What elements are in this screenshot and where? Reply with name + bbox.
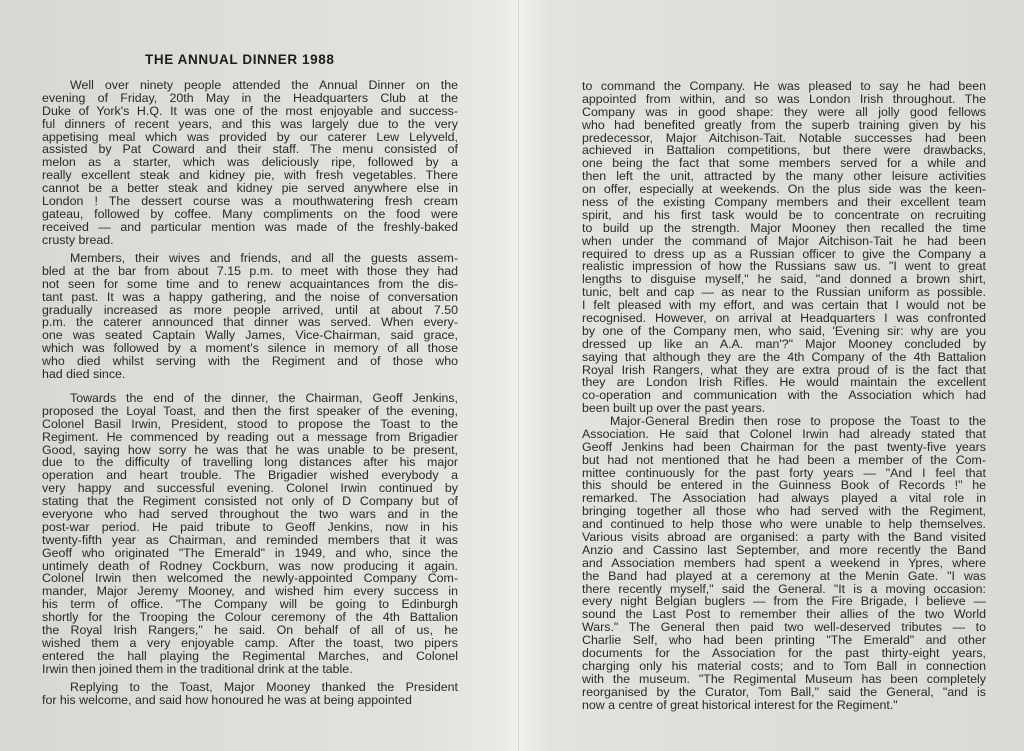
- text-line: proposed the Loyal Toast, and then the f…: [42, 405, 458, 418]
- text-line: ful dinners of recent years, and this wa…: [42, 118, 458, 131]
- text-line: Geoff who originated "The Emerald" in 19…: [42, 547, 458, 560]
- text-line: recognised. However, on arrival at Headq…: [582, 312, 986, 325]
- text-line: who had benefited greatly from the super…: [582, 119, 986, 132]
- text-line: post-war period. He paid tribute to Geof…: [42, 521, 458, 534]
- text-line: received — and particular mention was ma…: [42, 221, 458, 234]
- paragraph-4: Replying to the Toast, Major Mooney than…: [42, 681, 458, 707]
- text-line: wished them a very enjoyable camp. After…: [42, 637, 458, 650]
- text-line: Duke of York's H.Q. It was one of the mo…: [42, 105, 458, 118]
- text-line: crusty bread.: [42, 234, 458, 247]
- text-line: when under the command of Major Aitchiso…: [582, 235, 986, 248]
- text-line: Members, their wives and friends, and al…: [42, 252, 458, 265]
- text-line: Regiment. He commenced by reading out a …: [42, 431, 458, 444]
- text-line: spirit, and his first task would be to c…: [582, 209, 986, 222]
- text-line: entered the hall playing the Regimental …: [42, 650, 458, 663]
- text-line: Colonel Basil Irwin, President, stood to…: [42, 418, 458, 431]
- text-line: but had not mentioned that he had been a…: [582, 454, 986, 467]
- text-line: with the museum. "The Regimental Museum …: [582, 673, 986, 686]
- text-line: everyone who had served throughout the t…: [42, 508, 458, 521]
- text-line: charging only his material costs; and to…: [582, 660, 986, 673]
- text-line: documents for the Association for the pa…: [582, 647, 986, 660]
- paragraph-6: Major-General Bredin then rose to propos…: [582, 415, 986, 711]
- text-line: the Band had played at a ceremony at the…: [582, 570, 986, 583]
- text-line: saying that although they are the 4th Co…: [582, 351, 986, 364]
- text-line: twenty-fifth year as Chairman, and remin…: [42, 534, 458, 547]
- paragraph-1: Well over ninety people attended the Ann…: [42, 79, 458, 247]
- text-line: reorganised by the Curator, Tom Ball," s…: [582, 686, 986, 699]
- text-line: Association. He said that Colonel Irwin …: [582, 428, 986, 441]
- text-line: to command the Company. He was pleased t…: [582, 80, 986, 93]
- text-line: Company was in good shape: they were all…: [582, 106, 986, 119]
- text-line: to build up the strength. Major Mooney t…: [582, 222, 986, 235]
- text-line: bled at the bar from about 7.15 p.m. to …: [42, 265, 458, 278]
- text-line: had died since.: [42, 368, 458, 381]
- paragraph-5: to command the Company. He was pleased t…: [582, 80, 986, 415]
- text-line: tant past. It was a happy gathering, and…: [42, 291, 458, 304]
- text-line: Irwin then joined them in the traditiona…: [42, 663, 458, 676]
- text-line: the Royal Irish Rangers," he said. On be…: [42, 624, 458, 637]
- text-line: Anzio and Cassino last September, and mo…: [582, 544, 986, 557]
- paragraph-2: Members, their wives and friends, and al…: [42, 252, 458, 381]
- text-line: Towards the end of the dinner, the Chair…: [42, 392, 458, 405]
- left-page: THE ANNUAL DINNER 1988 Well over ninety …: [0, 0, 519, 751]
- text-line: and Association members had spent a week…: [582, 557, 986, 570]
- text-line: Geoff Jenkins had been Chairman for the …: [582, 441, 986, 454]
- text-line: Major-General Bredin then rose to propos…: [582, 415, 986, 428]
- text-line: now a centre of great historical interes…: [582, 699, 986, 712]
- text-line: Various visits abroad are organised: a p…: [582, 531, 986, 544]
- text-line: London ! The dessert course was a mouthw…: [42, 195, 458, 208]
- paragraph-3: Towards the end of the dinner, the Chair…: [42, 392, 458, 676]
- text-line: ness of the existing Company members and…: [582, 196, 986, 209]
- text-line: gateau, followed by coffee. Many complim…: [42, 208, 458, 221]
- page-title: THE ANNUAL DINNER 1988: [145, 52, 334, 67]
- text-line: evening of Friday, 20th May in the Headq…: [42, 92, 458, 105]
- text-line: dressed up like an A.A. man'?" Major Moo…: [582, 338, 986, 351]
- text-line: Well over ninety people attended the Ann…: [42, 79, 458, 92]
- text-line: Replying to the Toast, Major Mooney than…: [42, 681, 458, 694]
- text-line: by one of the Company men, who said, 'Ev…: [582, 325, 986, 338]
- text-line: for his welcome, and said how honoured h…: [42, 694, 458, 707]
- text-line: appointed from within, and so was London…: [582, 93, 986, 106]
- booklet-spread: THE ANNUAL DINNER 1988 Well over ninety …: [0, 0, 1024, 751]
- text-line: not seen for some time and to renew acqu…: [42, 278, 458, 291]
- right-page: to command the Company. He was pleased t…: [521, 0, 1024, 751]
